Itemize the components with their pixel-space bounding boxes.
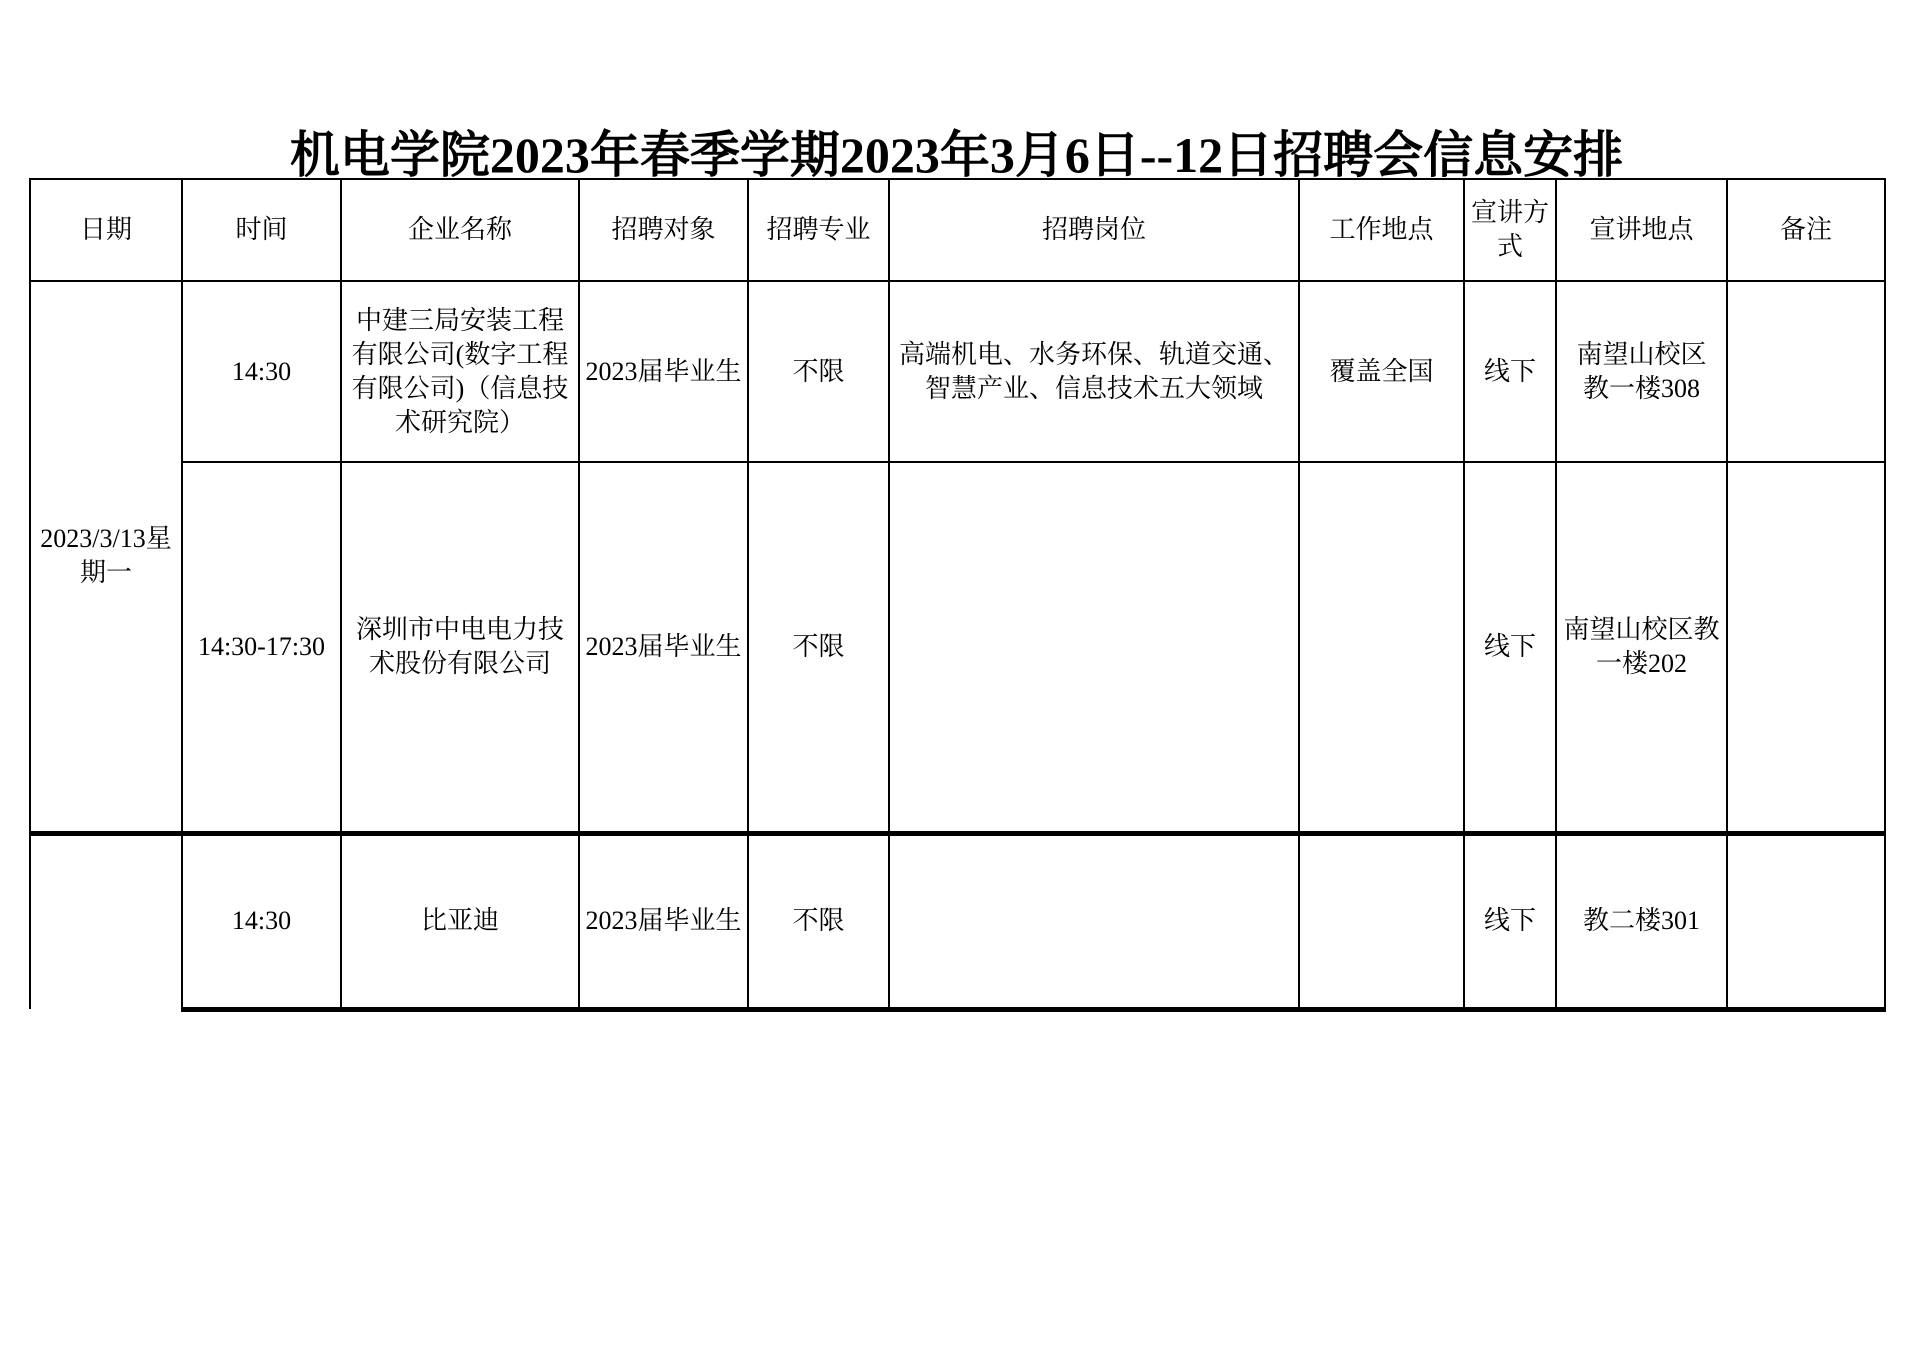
cell-r1-major: 不限 bbox=[748, 281, 889, 462]
cell-r3-remarks bbox=[1727, 833, 1885, 1009]
schedule-table: 日期 时间 企业名称 招聘对象 招聘专业 招聘岗位 工作地点 宣讲方式 宣讲地点… bbox=[29, 178, 1886, 1012]
page: 机电学院2023年春季学期2023年3月6日--12日招聘会信息安排 日期 时间… bbox=[0, 0, 1920, 1357]
cell-r3-work-location bbox=[1299, 833, 1464, 1009]
cell-r2-venue: 南望山校区教 一楼202 bbox=[1556, 462, 1727, 833]
column-header-venue: 宣讲地点 bbox=[1556, 179, 1727, 281]
cell-r2-company: 深圳市中电电力技 术股份有限公司 bbox=[341, 462, 579, 833]
column-header-work-location: 工作地点 bbox=[1299, 179, 1464, 281]
column-header-positions: 招聘岗位 bbox=[889, 179, 1299, 281]
cell-r2-target: 2023届毕业生 bbox=[579, 462, 748, 833]
table-row: 14:30 比亚迪 2023届毕业生 不限 线下 教二楼301 bbox=[30, 833, 1885, 1009]
cell-r1-work-location: 覆盖全国 bbox=[1299, 281, 1464, 462]
column-header-time: 时间 bbox=[182, 179, 341, 281]
cell-r2-positions bbox=[889, 462, 1299, 833]
cell-r3-major: 不限 bbox=[748, 833, 889, 1009]
table-row: 14:30-17:30 深圳市中电电力技 术股份有限公司 2023届毕业生 不限… bbox=[30, 462, 1885, 833]
cell-r3-positions bbox=[889, 833, 1299, 1009]
cell-r3-target: 2023届毕业生 bbox=[579, 833, 748, 1009]
cell-date-group-1: 2023/3/13星 期一 bbox=[30, 281, 182, 833]
column-header-date: 日期 bbox=[30, 179, 182, 281]
cell-r2-major: 不限 bbox=[748, 462, 889, 833]
column-header-company: 企业名称 bbox=[341, 179, 579, 281]
cell-r1-target: 2023届毕业生 bbox=[579, 281, 748, 462]
cell-r1-method: 线下 bbox=[1464, 281, 1556, 462]
cell-r3-time: 14:30 bbox=[182, 833, 341, 1009]
cell-r1-positions: 高端机电、水务环保、轨道交通、 智慧产业、信息技术五大领域 bbox=[889, 281, 1299, 462]
column-header-major: 招聘专业 bbox=[748, 179, 889, 281]
cell-r1-venue: 南望山校区 教一楼308 bbox=[1556, 281, 1727, 462]
document-title: 机电学院2023年春季学期2023年3月6日--12日招聘会信息安排 bbox=[29, 130, 1884, 180]
column-header-remarks: 备注 bbox=[1727, 179, 1885, 281]
cell-r2-remarks bbox=[1727, 462, 1885, 833]
cell-r2-method: 线下 bbox=[1464, 462, 1556, 833]
header-row: 日期 时间 企业名称 招聘对象 招聘专业 招聘岗位 工作地点 宣讲方式 宣讲地点… bbox=[30, 179, 1885, 281]
cell-date-group-2 bbox=[30, 833, 182, 1009]
cell-r2-work-location bbox=[1299, 462, 1464, 833]
cell-r1-remarks bbox=[1727, 281, 1885, 462]
column-header-target: 招聘对象 bbox=[579, 179, 748, 281]
cell-r2-time: 14:30-17:30 bbox=[182, 462, 341, 833]
cell-r1-company: 中建三局安装工程 有限公司(数字工程 有限公司)（信息技 术研究院） bbox=[341, 281, 579, 462]
column-header-method: 宣讲方式 bbox=[1464, 179, 1556, 281]
cell-r1-time: 14:30 bbox=[182, 281, 341, 462]
table-row: 2023/3/13星 期一 14:30 中建三局安装工程 有限公司(数字工程 有… bbox=[30, 281, 1885, 462]
cell-r3-method: 线下 bbox=[1464, 833, 1556, 1009]
cell-r3-company: 比亚迪 bbox=[341, 833, 579, 1009]
cell-r3-venue: 教二楼301 bbox=[1556, 833, 1727, 1009]
